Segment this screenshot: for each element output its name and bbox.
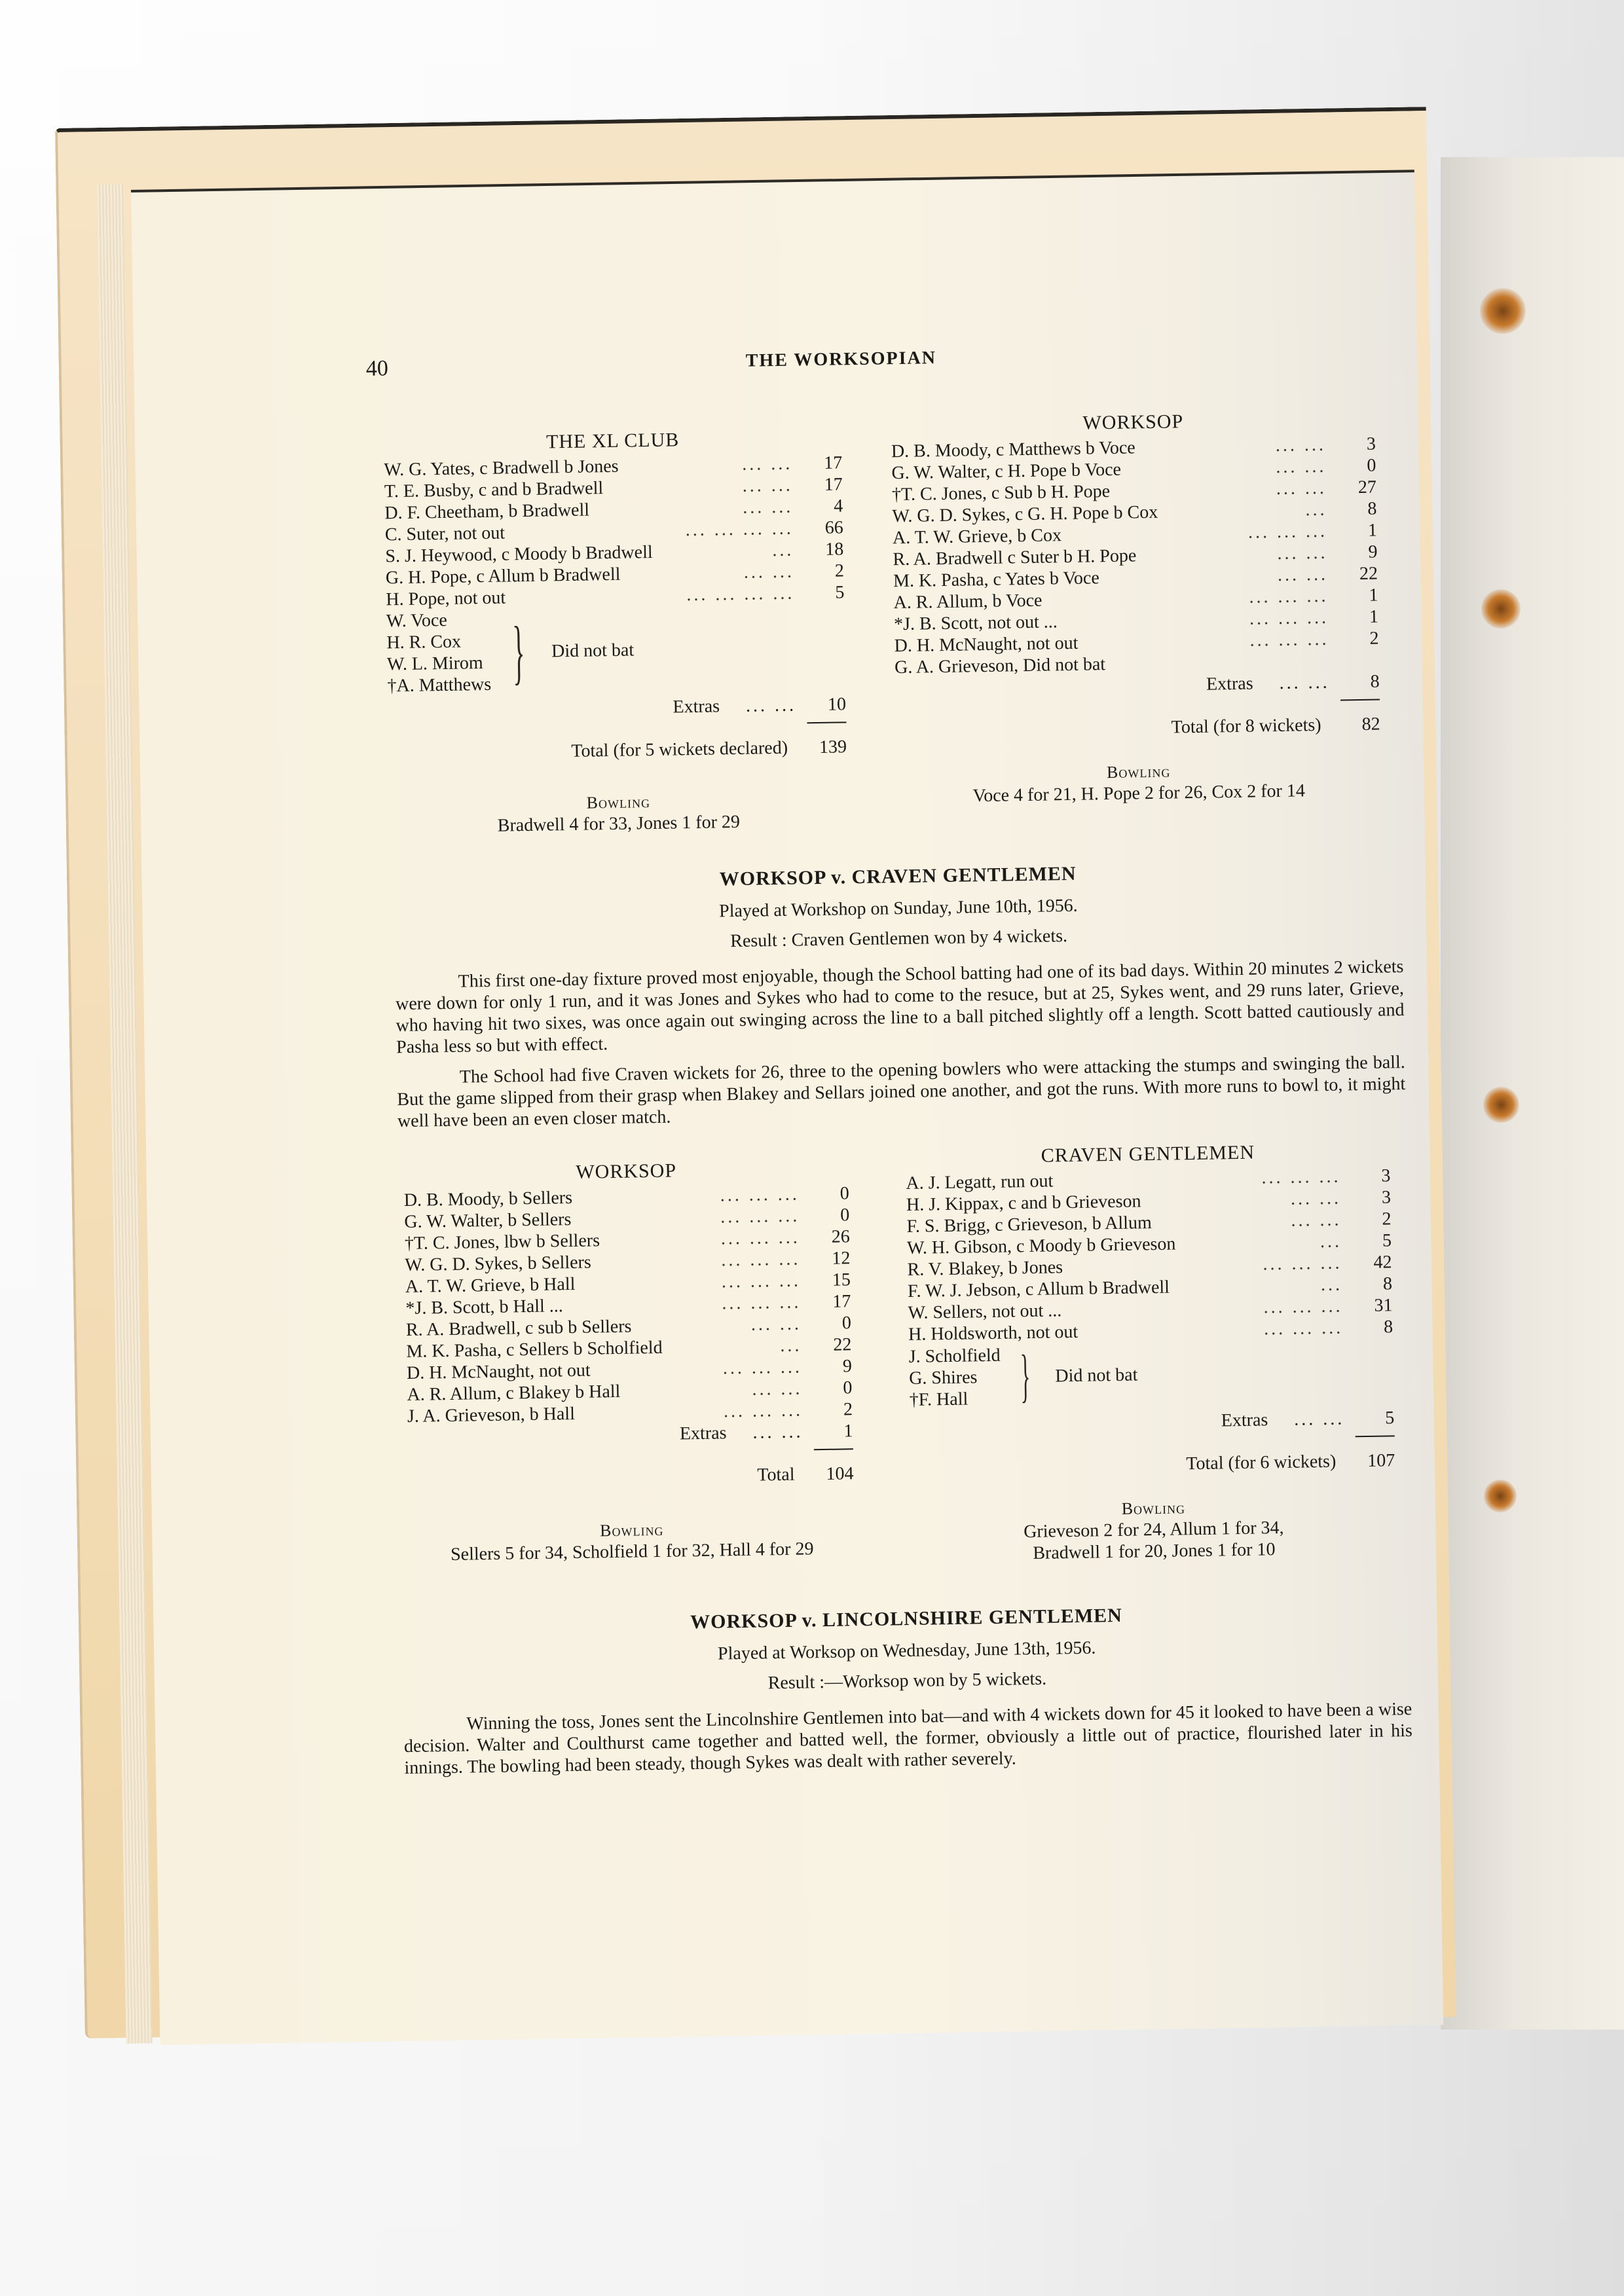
report-paragraph: This first one-day fixture proved most e…: [395, 956, 1405, 1058]
foxing-stain: [1481, 589, 1521, 629]
did-not-bat-name: W. Voce: [386, 609, 490, 632]
total-row: Total (for 5 wickets declared) 139: [388, 736, 847, 765]
extras-row: Extras ... ... 5: [910, 1407, 1394, 1436]
bowling-summary: Bowling Voce 4 for 21, H. Pope 2 for 26,…: [896, 757, 1381, 809]
match-venue: Played at Worksop on Wednesday, June 13t…: [403, 1633, 1411, 1669]
total-rule: [807, 721, 846, 723]
journal-title: THE WORKSOPIAN: [746, 348, 937, 372]
did-not-bat-group: W. Voce H. R. Cox W. L. Mirom †A. Matthe…: [386, 603, 846, 697]
did-not-bat-name: W. L. Mirom: [387, 652, 491, 675]
match-report-lincolnshire: Winning the toss, Jones sent the Lincoln…: [403, 1698, 1413, 1788]
scorecard-craven-gentlemen: CRAVEN GENTLEMEN A. J. Legatt, run out..…: [906, 1139, 1397, 1566]
scorecard-worksop-vs-xl: WORKSOP D. B. Moody, c Matthews b Voce..…: [891, 408, 1381, 809]
bowling-summary: Bowling Sellers 5 for 34, Scholfield 1 f…: [409, 1516, 855, 1566]
scorecard-xl-club: THE XL CLUB W. G. Yates, c Bradwell b Jo…: [383, 426, 848, 838]
total-rule: [814, 1448, 853, 1450]
total-row: Total (for 8 wickets) 82: [895, 714, 1380, 743]
did-not-bat-name: †F. Hall: [909, 1387, 1001, 1410]
total-row: Total (for 6 wickets) 107: [910, 1449, 1395, 1479]
match-report-craven: This first one-day fixture proved most e…: [395, 956, 1406, 1141]
bowling-summary: Bowling Grieveson 2 for 24, Allum 1 for …: [911, 1493, 1396, 1566]
total-rule: [1356, 1435, 1395, 1437]
scorecard-worksop-vs-craven: WORKSOP D. B. Moody, b Sellers... ... ..…: [403, 1157, 855, 1566]
brace-icon: }: [1020, 1343, 1031, 1409]
match-header-lincolnshire: WORKSOP v. LINCOLNSHIRE GENTLEMEN Played…: [402, 1600, 1412, 1700]
did-not-bat-group: J. Scholfield G. Shires †F. Hall } Did n…: [908, 1338, 1393, 1411]
total-rule: [1340, 699, 1380, 701]
report-paragraph: The School had five Craven wickets for 2…: [397, 1051, 1406, 1132]
extras-row: Extras ... ... 10: [388, 693, 846, 722]
did-not-bat-name: G. Shires: [909, 1366, 1001, 1389]
did-not-bat-name: H. R. Cox: [386, 630, 490, 653]
foxing-stain: [1484, 1480, 1517, 1512]
foxing-stain: [1483, 1087, 1519, 1123]
did-not-bat-label: Did not bat: [551, 639, 635, 662]
foxing-stain: [1480, 288, 1526, 334]
bowling-summary: Bowling Bradwell 4 for 33, Jones 1 for 2…: [389, 788, 848, 838]
opposite-page-edge: [1441, 157, 1624, 2030]
did-not-bat-name: J. Scholfield: [908, 1344, 1001, 1367]
total-row: Total 104: [408, 1463, 853, 1491]
match-header-craven: WORKSOP v. CRAVEN GENTLEMEN Played at Wo…: [394, 858, 1403, 957]
did-not-bat-label: Did not bat: [1055, 1364, 1138, 1387]
page-number: 40: [366, 356, 389, 382]
match-venue: Played at Workshop on Sunday, June 10th,…: [394, 890, 1403, 927]
did-not-bat-name: †A. Matthews: [387, 674, 491, 697]
brace-icon: }: [512, 619, 525, 684]
